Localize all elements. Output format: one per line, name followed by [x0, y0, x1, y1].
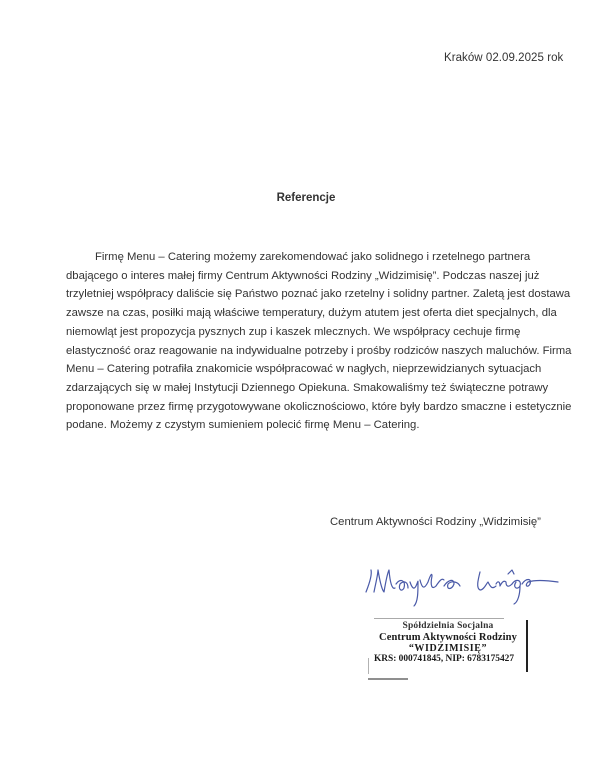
stamp-line: “WIDZIMISIĘ”	[368, 643, 528, 654]
stamp-border	[526, 620, 528, 672]
handwritten-signature-icon	[362, 562, 562, 612]
stamp-border	[368, 658, 369, 674]
stamp-line: Spółdzielnia Socjalna	[368, 621, 528, 631]
body-line: elastyczność oraz reagowanie na indywidu…	[66, 342, 578, 361]
body-line: Menu – Catering potrafiła znakomicie wsp…	[66, 360, 578, 379]
body-line: dbającego o interes małej firmy Centrum …	[66, 267, 578, 286]
body-line: trzyletniej współpracy daliście się Pańs…	[66, 285, 578, 304]
document-title: Referencje	[0, 192, 602, 204]
body-line: podane. Możemy z czystym sumieniem polec…	[66, 416, 578, 435]
body-line: Firmę Menu – Catering możemy zarekomendo…	[66, 248, 578, 267]
stamp-border	[374, 618, 504, 619]
body-line: zawsze na czas, posiłki mają właściwe te…	[66, 304, 578, 323]
stamp-line: KRS: 000741845, NIP: 6783175427	[360, 654, 528, 664]
stamp-line: Centrum Aktywności Rodziny	[368, 632, 528, 643]
date-line: Kraków 02.09.2025 rok	[444, 52, 563, 64]
body-line: zdarzających się w małej Instytucji Dzie…	[66, 379, 578, 398]
signatory-organization: Centrum Aktywności Rodziny „Widzimisię”	[330, 516, 541, 528]
body-line: niemowląt jest propozycja pysznych zup i…	[66, 323, 578, 342]
company-stamp: Spółdzielnia Socjalna Centrum Aktywności…	[368, 618, 528, 680]
reference-body: Firmę Menu – Catering możemy zarekomendo…	[66, 248, 578, 435]
stamp-border	[368, 678, 408, 680]
body-line: proponowane przez firmę przygotowywane o…	[66, 398, 578, 417]
